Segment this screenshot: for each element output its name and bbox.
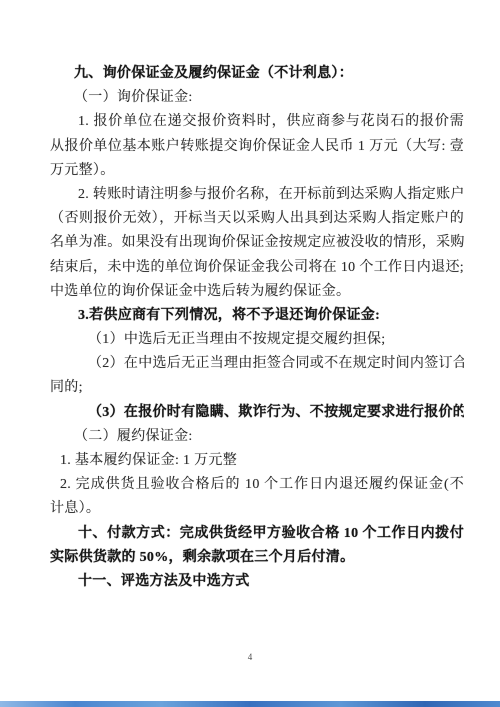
text-line: 同的;: [50, 376, 464, 400]
text-line: （3）在报价时有隐瞒、欺诈行为、不按规定要求进行报价的。: [50, 401, 464, 425]
subheading-part-2: （二）履约保证金:: [50, 425, 464, 449]
page-number: 4: [0, 652, 500, 662]
subheading-part-1: （一）询价保证金:: [50, 86, 464, 110]
text-line: 中选单位的询价保证金中选后转为履约保证金。: [50, 280, 464, 304]
text-line: （1）中选后无正当理由不按规定提交履约担保;: [50, 328, 464, 352]
text-line: 结束后，未中选的单位询价保证金我公司将在 10 个工作日内退还;: [50, 256, 464, 280]
text-line: 名单为准。如果没有出现询价保证金按规定应被没收的情形，采购: [50, 231, 464, 255]
footer-accent-bar: [0, 701, 500, 707]
document-page: 九、询价保证金及履约保证金（不计利息）：（一）询价保证金:1. 报价单位在递交报…: [0, 0, 500, 707]
text-line: 万元整）。: [50, 159, 464, 183]
text-line: 2. 转账时请注明参与报价名称，在开标前到达采购人指定账户: [50, 183, 464, 207]
text-line: 计息）。: [50, 497, 464, 521]
document-body: 九、询价保证金及履约保证金（不计利息）：（一）询价保证金:1. 报价单位在递交报…: [50, 62, 464, 594]
text-line: （否则报价无效），开标当天以采购人出具到达采购人指定账户的: [50, 207, 464, 231]
text-line: 2. 完成供货且验收合格后的 10 个工作日内退还履约保证金(不: [50, 473, 464, 497]
heading-section-10: 十、付款方式：完成供货经甲方验收合格 10 个工作日内拨付: [50, 522, 464, 546]
heading-section-9: 九、询价保证金及履约保证金（不计利息）：: [50, 62, 464, 86]
text-line: 实际供货款的 50%，剩余款项在三个月后付清。: [50, 546, 464, 570]
text-line: （2）在中选后无正当理由拒签合同或不在规定时间内签订合: [50, 352, 464, 376]
text-line: 1. 基本履约保证金: 1 万元整: [50, 449, 464, 473]
heading-item-3: 3.若供应商有下列情况，将不予退还询价保证金:: [50, 304, 464, 328]
text-line: 从报价单位基本账户转账提交询价保证金人民币 1 万元（大写: 壹: [50, 135, 464, 159]
heading-section-11: 十一、评选方法及中选方式: [50, 570, 464, 594]
text-line: 1. 报价单位在递交报价资料时，供应商参与花岗石的报价需: [50, 110, 464, 134]
